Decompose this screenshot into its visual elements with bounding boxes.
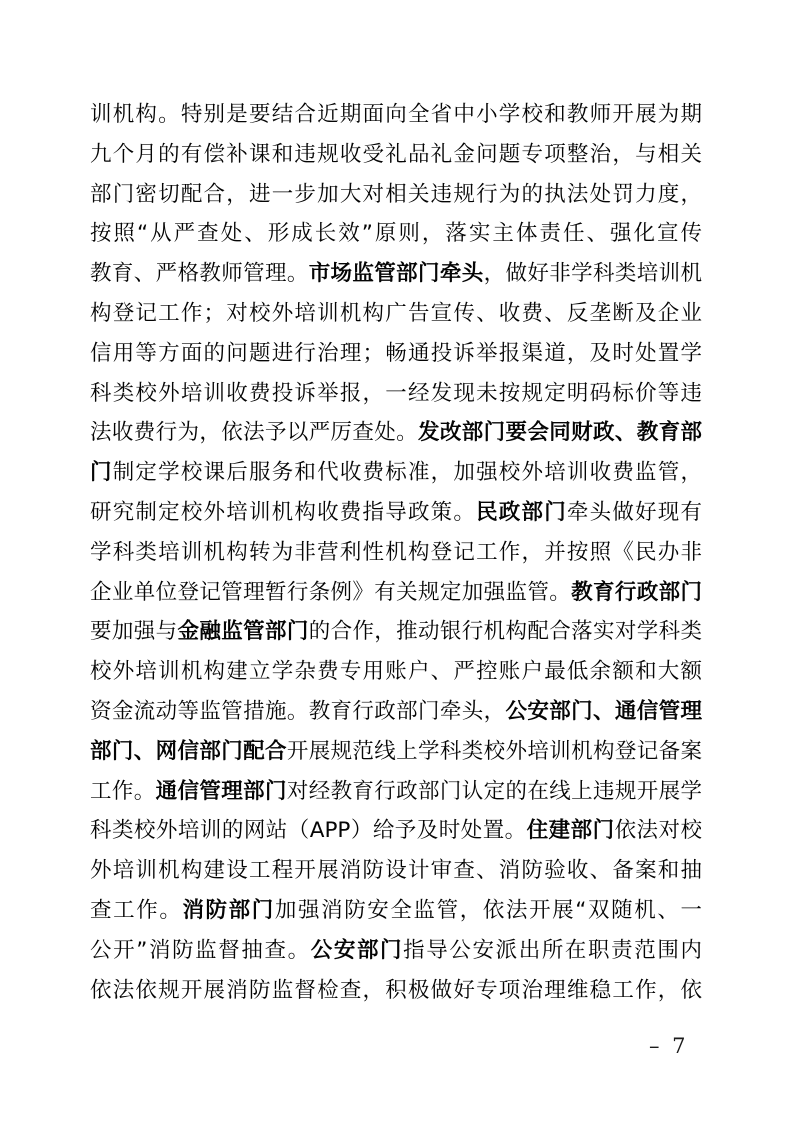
text-line: 按照“从严查处、形成长效”原则，落实主体责任、强化宣传 (90, 214, 702, 254)
text-segment: 依法对校 (615, 818, 702, 843)
text-line: 部门密切配合，进一步加大对相关违规行为的执法处罚力度， (90, 175, 702, 215)
text-line: 企业单位登记管理暂行条例》有关规定加强监管。教育行政部门 (90, 573, 702, 613)
text-line: 依法依规开展消防监督检查，积极做好专项治理维稳工作，依 (90, 971, 702, 1011)
text-segment: 训机构。特别是要结合近期面向全省中小学校和教师开展为期 (90, 102, 702, 127)
text-line: 工作。通信管理部门对经教育行政部门认定的在线上违规开展学 (90, 772, 702, 812)
text-segment: 指导公安派出所在职责范围内 (403, 938, 702, 963)
department-emphasis: 教育行政部门 (571, 580, 702, 605)
text-line: 研究制定校外培训机构收费指导政策。民政部门牵头做好现有 (90, 493, 702, 533)
text-segment: 对经教育行政部门认定的在线上违规开展学 (287, 779, 702, 804)
text-segment: 学科类培训机构转为非营利性机构登记工作，并按照《民办非 (90, 540, 702, 565)
text-segment: 公开”消防监督抽查。 (90, 938, 311, 963)
text-line: 要加强与金融监管部门的合作，推动银行机构配合落实对学科类 (90, 612, 702, 652)
text-line: 门制定学校课后服务和代收费标准，加强校外培训收费监管， (90, 453, 702, 493)
body-text: 训机构。特别是要结合近期面向全省中小学校和教师开展为期九个月的有偿补课和违规收受… (90, 95, 702, 1010)
text-segment: 制定学校课后服务和代收费标准，加强校外培训收费监管， (113, 460, 702, 485)
text-line: 科类校外培训收费投诉举报，一经发现未按规定明码标价等违 (90, 374, 702, 414)
text-segment: 信用等方面的问题进行治理；畅通投诉举报渠道，及时处置学 (90, 341, 702, 366)
text-segment: 加强消防安全监管，依法开展“双随机、一 (275, 898, 702, 923)
department-emphasis: 公安部门 (311, 938, 403, 963)
department-emphasis: 通信管理部门 (156, 779, 287, 804)
text-line: 九个月的有偿补课和违规收受礼品礼金问题专项整治，与相关 (90, 135, 702, 175)
text-segment: 牵头做好现有 (567, 500, 702, 525)
text-segment: 科类校外培训收费投诉举报，一经发现未按规定明码标价等违 (90, 381, 702, 406)
text-segment: 外培训机构建设工程开展消防设计审查、消防验收、备案和抽 (90, 858, 702, 883)
text-segment: 查工作。 (90, 898, 182, 923)
department-emphasis: 门 (90, 460, 113, 485)
text-segment: 研究制定校外培训机构收费指导政策。 (90, 500, 476, 525)
text-line: 法收费行为，依法予以严厉查处。发改部门要会同财政、教育部 (90, 413, 702, 453)
document-page: 训机构。特别是要结合近期面向全省中小学校和教师开展为期九个月的有偿补课和违规收受… (0, 0, 793, 1122)
text-segment: 依法依规开展消防监督检查，积极做好专项治理维稳工作，依 (90, 978, 702, 1003)
text-line: 资金流动等监管措施。教育行政部门牵头，公安部门、通信管理 (90, 692, 702, 732)
text-segment: 的合作，推动银行机构配合落实对学科类 (309, 619, 702, 644)
text-line: 训机构。特别是要结合近期面向全省中小学校和教师开展为期 (90, 95, 702, 135)
text-segment: 九个月的有偿补课和违规收受礼品礼金问题专项整治，与相关 (90, 142, 702, 167)
text-line: 构登记工作；对校外培训机构广告宣传、收费、反垄断及企业 (90, 294, 702, 334)
text-line: 部门、网信部门配合开展规范线上学科类校外培训机构登记备案 (90, 732, 702, 772)
department-emphasis: 民政部门 (476, 500, 567, 525)
text-segment: 部门密切配合，进一步加大对相关违规行为的执法处罚力度， (90, 182, 702, 207)
text-segment: 按照“从严查处、形成长效”原则，落实主体责任、强化宣传 (90, 221, 702, 246)
text-segment: 要加强与 (90, 619, 177, 644)
text-segment: 法收费行为，依法予以严厉查处。 (90, 420, 418, 445)
department-emphasis: 公安部门、通信管理 (506, 699, 702, 724)
text-segment: 资金流动等监管措施。教育行政部门牵头， (90, 699, 506, 724)
text-line: 信用等方面的问题进行治理；畅通投诉举报渠道，及时处置学 (90, 334, 702, 374)
text-segment: ，做好非学科类培训机 (484, 261, 702, 286)
text-line: 科类校外培训的网站（APP）给予及时处置。住建部门依法对校 (90, 811, 702, 851)
text-line: 学科类培训机构转为非营利性机构登记工作，并按照《民办非 (90, 533, 702, 573)
text-segment: 工作。 (90, 779, 156, 804)
text-line: 外培训机构建设工程开展消防设计审查、消防验收、备案和抽 (90, 851, 702, 891)
text-line: 校外培训机构建立学杂费专用账户、严控账户最低余额和大额 (90, 652, 702, 692)
text-segment: 开展规范线上学科类校外培训机构登记备案 (287, 739, 702, 764)
text-segment: 校外培训机构建立学杂费专用账户、严控账户最低余额和大额 (90, 659, 702, 684)
department-emphasis: 住建部门 (527, 818, 615, 843)
department-emphasis: 部门、网信部门配合 (90, 739, 287, 764)
text-line: 教育、严格教师管理。市场监管部门牵头，做好非学科类培训机 (90, 254, 702, 294)
text-segment: 构登记工作；对校外培训机构广告宣传、收费、反垄断及企业 (90, 301, 702, 326)
text-segment: 教育、严格教师管理。 (90, 261, 309, 286)
text-line: 查工作。消防部门加强消防安全监管，依法开展“双随机、一 (90, 891, 702, 931)
text-segment: 企业单位登记管理暂行条例》有关规定加强监管。 (90, 580, 571, 605)
page-number: – 7 (649, 1034, 689, 1058)
department-emphasis: 金融监管部门 (177, 619, 308, 644)
text-segment: 科类校外培训的网站（APP）给予及时处置。 (90, 818, 527, 843)
department-emphasis: 发改部门要会同财政、教育部 (418, 420, 702, 445)
text-line: 公开”消防监督抽查。公安部门指导公安派出所在职责范围内 (90, 931, 702, 971)
department-emphasis: 消防部门 (182, 898, 274, 923)
department-emphasis: 市场监管部门牵头 (309, 261, 484, 286)
